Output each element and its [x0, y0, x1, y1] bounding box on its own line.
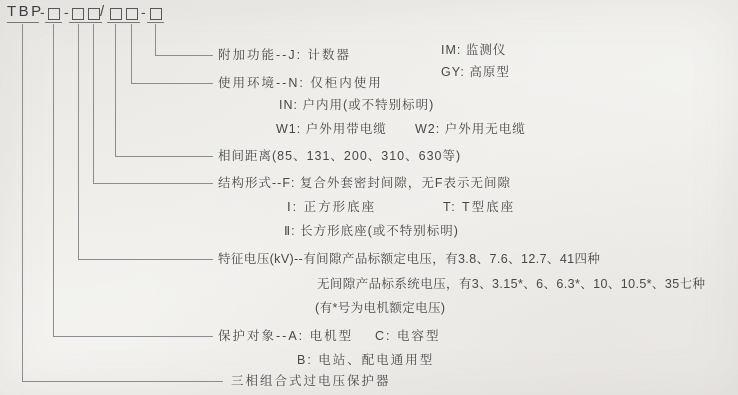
connector-line-box-6 [155, 24, 213, 56]
code-box-6 [150, 8, 162, 20]
tick-under-box-2 [69, 22, 86, 23]
label-env-indoor: IN: 户内用(或不特别标明) [279, 97, 434, 113]
label-structure-form: 结构形式--F: 复合外套密封间隙，无F表示无间隙 [218, 175, 511, 191]
code-separator-1: - [40, 4, 45, 20]
label-monitor-im: IM: 监测仪 [441, 42, 506, 58]
label-altitude-gy: GY: 高原型 [441, 64, 510, 80]
label-protection-capacitor: C: 电容型 [375, 328, 440, 344]
code-separator-slash: / [100, 3, 104, 20]
tick-under-box-1 [45, 22, 62, 23]
label-protection-station: B: 电站、配电通用型 [297, 352, 434, 368]
label-voltage-line2: 无间隙产品标系统电压，有3、3.15*、6、6.3*、10、10.5*、35七种 [317, 276, 705, 292]
tick-under-prefix [7, 22, 39, 23]
label-additional-function: 附加功能--J: 计数器 [218, 47, 351, 63]
label-env-outdoor-w1: W1: 户外用带电缆 [276, 121, 387, 137]
label-base-rectangular: Ⅱ: 长方形底座(或不特别标明) [284, 223, 459, 239]
label-protection-object: 保护对象--A: 电机型 [218, 328, 353, 344]
tick-under-box-4 [107, 22, 124, 23]
code-separator-3: - [141, 4, 146, 20]
tick-under-box-5 [123, 22, 140, 23]
label-env-outdoor-w2: W2: 户外用无电缆 [415, 121, 526, 137]
label-base-square: Ⅰ: 正方形底座 [287, 199, 376, 215]
code-separator-2: - [64, 4, 69, 20]
label-phase-distance: 相间距离(85、131、200、310、630等) [218, 148, 461, 164]
code-box-4 [110, 8, 122, 20]
tick-under-box-3 [85, 22, 102, 23]
label-product-name: 三相组合式过电压保护器 [231, 373, 391, 389]
code-prefix: TBP [7, 3, 44, 20]
code-box-2 [72, 8, 84, 20]
label-environment: 使用环境--N: 仅柜内使用 [218, 75, 383, 91]
code-box-1 [48, 8, 60, 20]
label-base-t-type: T: T型底座 [443, 199, 515, 215]
label-voltage-note: (有*号为电机额定电压) [315, 300, 446, 316]
tick-under-box-6 [147, 22, 164, 23]
label-voltage-line1: 特征电压(kV)--有间隙产品标额定电压，有3.8、7.6、12.7、41四种 [218, 251, 600, 267]
code-box-5 [126, 8, 138, 20]
code-box-3 [88, 8, 100, 20]
model-designation-diagram: TBP - - / - 附加功能--J: 计数器 IM: 监测仪 GY: 高原型… [0, 0, 738, 395]
